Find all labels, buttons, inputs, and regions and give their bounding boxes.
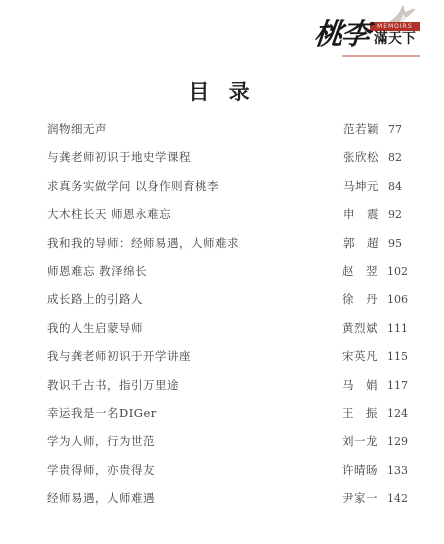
logo-badge: MEMOIRS [370,22,420,31]
entry-author: 范若颖 [343,121,385,137]
entry-author: 赵 翌 [342,263,384,279]
page-title: 目 录 [0,76,444,106]
entry-author: 徐 丹 [342,291,384,307]
entry-title: 润物细无声 [47,121,343,137]
entry-title: 教识千古书，指引万里途 [47,377,342,393]
entry-title: 与龚老师初识于地史学课程 [47,149,343,165]
entry-author: 郭 超 [343,235,385,251]
toc-entry: 求真务实做学问 以身作则育桃李 马坤元 84 [47,178,408,206]
entry-page-number: 133 [387,464,408,477]
toc-entry: 幸运我是一名DIGer 王 振 124 [47,405,408,433]
entry-page-number: 77 [388,123,408,136]
entry-page-number: 115 [387,350,408,363]
toc-entry: 学为人师，行为世范 刘一龙 129 [47,433,408,461]
logo-main-text: 桃李 [312,20,369,49]
toc-entry: 大木柱长天 师恩永难忘 申 震 92 [47,206,408,234]
logo-sub-text: 滿天下 [374,31,416,47]
entry-author: 许晴旸 [342,462,384,478]
toc-entry: 成长路上的引路人 徐 丹 106 [47,291,408,319]
entry-page-number: 111 [387,322,408,335]
entry-page-number: 117 [387,379,408,392]
toc-entry: 学贵得师，亦贵得友 许晴旸 133 [47,462,408,490]
entry-title: 我和我的导师：经师易遇，人师难求 [47,235,343,251]
entry-title: 学为人师，行为世范 [47,433,342,449]
entry-author: 马坤元 [343,178,385,194]
toc-entry: 我和我的导师：经师易遇，人师难求 郭 超 95 [47,235,408,263]
toc-entry: 我的人生启蒙导师 黄烈斌 111 [47,320,408,348]
entry-page-number: 142 [387,492,408,505]
entry-title: 经师易遇，人师难遇 [47,490,342,506]
entry-page-number: 102 [387,265,408,278]
entry-title: 大木柱长天 师恩永难忘 [47,206,343,222]
toc-entry: 与龚老师初识于地史学课程 张欣松 82 [47,149,408,177]
entry-title: 成长路上的引路人 [47,291,342,307]
entry-page-number: 92 [388,208,408,221]
entry-title: 师恩难忘 教泽绵长 [47,263,342,279]
toc-entry: 教识千古书，指引万里途 马 娟 117 [47,377,408,405]
entry-author: 马 娟 [342,377,384,393]
entry-page-number: 124 [387,407,408,420]
entry-author: 张欣松 [343,149,385,165]
entry-page-number: 84 [388,180,408,193]
entry-author: 宋英凡 [342,348,384,364]
entry-page-number: 82 [388,151,408,164]
logo-underline [342,55,420,57]
entry-author: 刘一龙 [342,433,384,449]
entry-author: 黄烈斌 [342,320,384,336]
entry-title: 幸运我是一名DIGer [47,405,342,421]
entry-title: 学贵得师，亦贵得友 [47,462,342,478]
entry-title: 求真务实做学问 以身作则育桃李 [47,178,343,194]
brand-logo: 桃李 MEMOIRS 滿天下 [314,6,424,54]
toc-page: 桃李 MEMOIRS 滿天下 目 录 润物细无声 范若颖 77 与龚老师初识于地… [0,0,444,544]
entry-page-number: 106 [387,293,408,306]
toc-entry: 经师易遇，人师难遇 尹家一 142 [47,490,408,518]
entry-author: 申 震 [343,206,385,222]
entry-page-number: 95 [388,237,408,250]
toc-list: 润物细无声 范若颖 77 与龚老师初识于地史学课程 张欣松 82 求真务实做学问… [47,121,408,518]
entry-title: 我的人生启蒙导师 [47,320,342,336]
toc-entry: 润物细无声 范若颖 77 [47,121,408,149]
entry-author: 尹家一 [342,490,384,506]
toc-entry: 师恩难忘 教泽绵长 赵 翌 102 [47,263,408,291]
entry-page-number: 129 [387,435,408,448]
entry-author: 王 振 [342,405,384,421]
entry-title: 我与龚老师初识于开学讲座 [47,348,342,364]
toc-entry: 我与龚老师初识于开学讲座 宋英凡 115 [47,348,408,376]
